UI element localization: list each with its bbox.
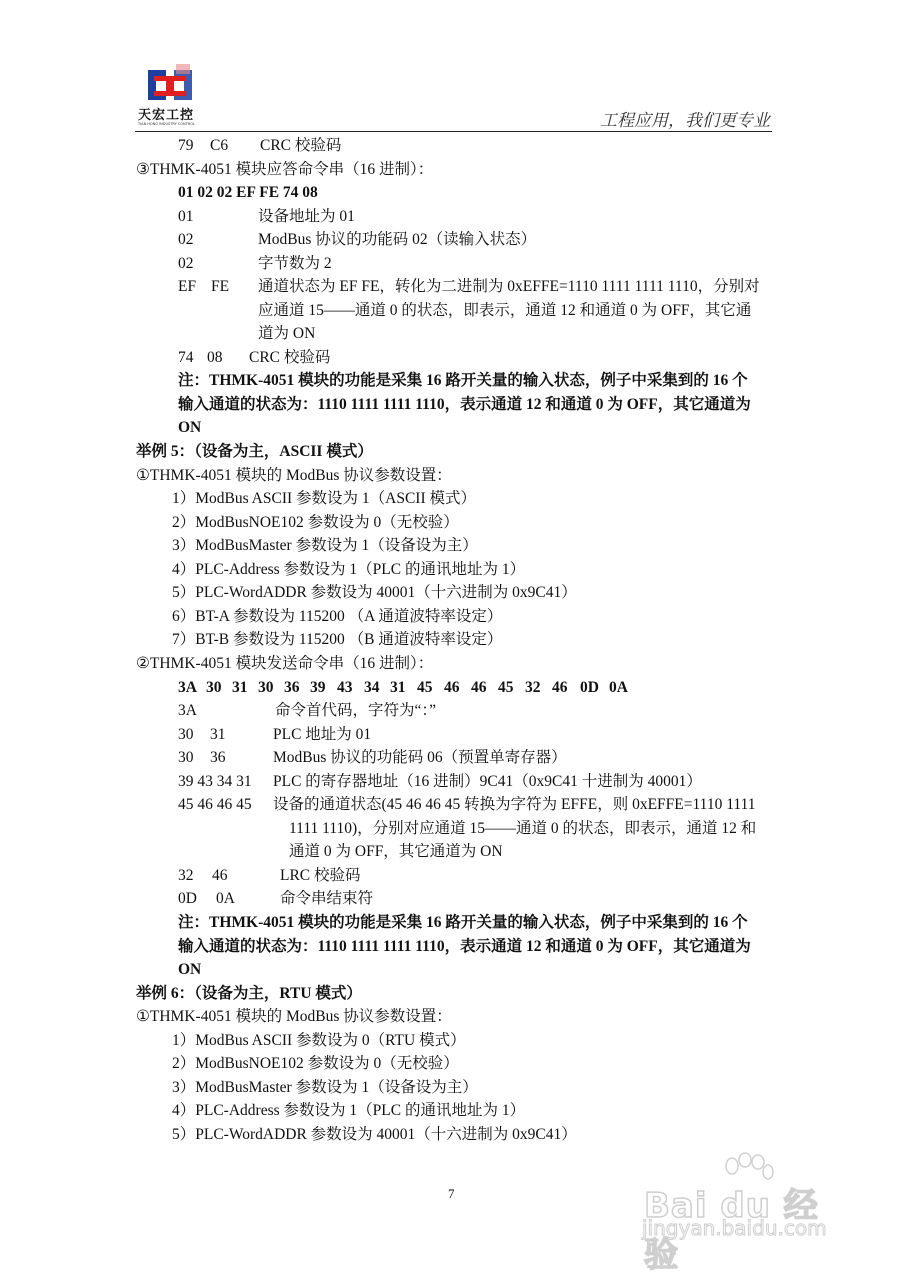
text-line-16: 2）ModBusNOE102 参数设为 0（无校验） (172, 513, 459, 533)
text-line-23-col-6: 43 (337, 678, 353, 698)
text-line-26-col-2: ModBus 协议的功能码 06（预置单寄存器） (273, 748, 567, 768)
text-line-8: 道为 ON (258, 324, 315, 344)
text-line-0-col-0: 79 (178, 136, 194, 156)
text-line-2: 01 02 02 EF FE 74 08 (178, 183, 318, 203)
text-line-3-col-1: 设备地址为 01 (258, 207, 355, 227)
text-line-27-col-0: 39 43 34 31 (178, 772, 252, 792)
text-line-17: 3）ModBusMaster 参数设为 1（设备设为主） (172, 536, 478, 556)
text-line-23-col-0: 3A (178, 678, 197, 698)
text-line-12: ON (178, 418, 201, 438)
text-line-5-col-0: 02 (178, 254, 194, 274)
watermark-url: jingyan.baidu.com (642, 1216, 827, 1240)
text-line-28-col-1: 设备的通道状态(45 46 46 45 转换为字符为 EFFE，则 0xEFFE… (273, 795, 756, 815)
text-line-1: ③THMK-4051 模块应答命令串（16 进制）： (136, 160, 433, 180)
text-line-15: 1）ModBus ASCII 参数设为 1（ASCII 模式） (172, 489, 476, 509)
text-line-37: ①THMK-4051 模块的 ModBus 协议参数设置： (136, 1007, 452, 1027)
baidu-watermark: Bai du 经验 jingyan.baidu.com (640, 1150, 850, 1240)
text-line-23-col-8: 31 (390, 678, 406, 698)
text-line-23-col-10: 46 (444, 678, 460, 698)
text-line-23-col-12: 45 (498, 678, 514, 698)
page-number: 7 (448, 1186, 455, 1202)
text-line-23-col-9: 45 (417, 678, 433, 698)
text-line-39: 2）ModBusNOE102 参数设为 0（无校验） (172, 1054, 459, 1074)
text-line-31-col-0: 32 (178, 866, 194, 886)
text-line-23-col-14: 46 (552, 678, 568, 698)
text-line-27-col-1: PLC 的寄存器地址（16 进制）9C41（0x9C41 十进制为 40001） (273, 772, 702, 792)
text-line-36: 举例 6：（设备为主，RTU 模式） (136, 984, 362, 1004)
text-line-13: 举例 5：（设备为主，ASCII 模式） (136, 442, 373, 462)
header-divider (135, 131, 772, 132)
header-slogan: 工程应用，我们更专业 (600, 106, 770, 131)
text-line-26-col-1: 36 (210, 748, 226, 768)
text-line-23-col-11: 46 (471, 678, 487, 698)
text-line-31-col-2: LRC 校验码 (280, 866, 361, 886)
logo-chinese-text: 天宏工控 (138, 104, 202, 123)
text-line-5-col-1: 字节数为 2 (258, 254, 332, 274)
text-line-6-col-0: EF (178, 277, 196, 297)
text-line-35: ON (178, 960, 201, 980)
text-line-23-col-5: 39 (310, 678, 326, 698)
text-line-23-col-16: 0A (609, 678, 628, 698)
text-line-30: 通道 0 为 OFF，其它通道为 ON (289, 842, 503, 862)
text-line-19: 5）PLC-WordADDR 参数设为 40001（十六进制为 0x9C41） (172, 583, 577, 603)
text-line-34: 输入通道的状态为：1110 1111 1111 1110，表示通道 12 和通道… (178, 937, 751, 957)
text-line-23-col-15: 0D (580, 678, 599, 698)
text-line-11: 输入通道的状态为：1110 1111 1111 1110，表示通道 12 和通道… (178, 395, 751, 415)
text-line-9-col-1: 08 (207, 348, 223, 368)
text-line-6-col-2: 通道状态为 EF FE，转化为二进制为 0xEFFE=1110 1111 111… (258, 277, 760, 297)
text-line-40: 3）ModBusMaster 参数设为 1（设备设为主） (172, 1078, 478, 1098)
text-line-25-col-0: 30 (178, 725, 194, 745)
text-line-23-col-7: 34 (364, 678, 380, 698)
text-line-32-col-0: 0D (178, 889, 197, 909)
text-line-23-col-2: 31 (232, 678, 248, 698)
text-line-7: 应通道 15——通道 0 的状态，即表示，通道 12 和通道 0 为 OFF，其… (258, 301, 751, 321)
text-line-25-col-2: PLC 地址为 01 (273, 725, 371, 745)
text-line-24-col-0: 3A (178, 701, 197, 721)
text-line-26-col-0: 30 (178, 748, 194, 768)
text-line-14: ①THMK-4051 模块的 ModBus 协议参数设置： (136, 466, 452, 486)
text-line-0-col-2: CRC 校验码 (260, 136, 341, 156)
text-line-23-col-4: 36 (284, 678, 300, 698)
text-line-28-col-0: 45 46 46 45 (178, 795, 252, 815)
text-line-21: 7）BT-B 参数设为 115200 （B 通道波特率设定） (172, 630, 502, 650)
text-line-10: 注：THMK-4051 模块的功能是采集 16 路开关量的输入状态，例子中采集到… (178, 371, 748, 391)
text-line-3-col-0: 01 (178, 207, 194, 227)
text-line-4-col-1: ModBus 协议的功能码 02（读输入状态） (258, 230, 536, 250)
text-line-33: 注：THMK-4051 模块的功能是采集 16 路开关量的输入状态，例子中采集到… (178, 913, 748, 933)
text-line-24-col-1: 命令首代码，字符为“：” (275, 701, 436, 721)
text-line-22: ②THMK-4051 模块发送命令串（16 进制）： (136, 654, 433, 674)
text-line-32-col-2: 命令串结束符 (280, 889, 373, 909)
text-line-23-col-1: 30 (206, 678, 222, 698)
text-line-6-col-1: FE (211, 277, 229, 297)
text-line-42: 5）PLC-WordADDR 参数设为 40001（十六进制为 0x9C41） (172, 1125, 577, 1145)
text-line-4-col-0: 02 (178, 230, 194, 250)
text-line-29: 1111 1110)，分别对应通道 15——通道 0 的状态，即表示，通道 12… (289, 819, 756, 839)
text-line-32-col-1: 0A (216, 889, 235, 909)
text-line-20: 6）BT-A 参数设为 115200 （A 通道波特率设定） (172, 607, 502, 627)
logo-english-text: TIAN HONG INDUSTRY CONTROL (138, 122, 195, 126)
text-line-18: 4）PLC-Address 参数设为 1（PLC 的通讯地址为 1） (172, 560, 525, 580)
text-line-9-col-2: CRC 校验码 (249, 348, 330, 368)
text-line-25-col-1: 31 (210, 725, 226, 745)
text-line-41: 4）PLC-Address 参数设为 1（PLC 的通讯地址为 1） (172, 1101, 525, 1121)
text-line-31-col-1: 46 (212, 866, 228, 886)
text-line-23-col-13: 32 (525, 678, 541, 698)
text-line-38: 1）ModBus ASCII 参数设为 0（RTU 模式） (172, 1031, 466, 1051)
text-line-23-col-3: 30 (258, 678, 274, 698)
text-line-0-col-1: C6 (210, 136, 228, 156)
text-line-9-col-0: 74 (178, 348, 194, 368)
